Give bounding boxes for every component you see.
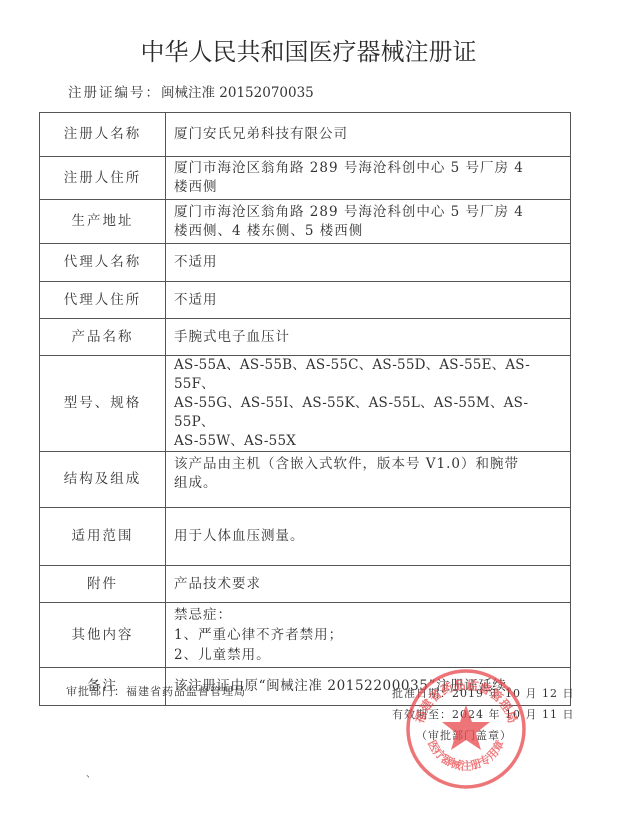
- row-label: 型号、规格: [40, 356, 166, 452]
- table-row-other: 其他内容 禁忌症：1、严重心律不齐者禁用；2、儿童禁用。: [40, 603, 571, 668]
- row-value: 不适用: [166, 244, 571, 282]
- table-row-registrant-address: 注册人住所 厦门市海沧区翁角路 289 号海沧科创中心 5 号厂房 4楼西侧: [40, 157, 571, 200]
- row-label: 代理人名称: [40, 244, 166, 282]
- row-label: 附件: [40, 566, 166, 603]
- row-value: 不适用: [166, 282, 571, 319]
- table-row-models: 型号、规格 AS-55A、AS-55B、AS-55C、AS-55D、AS-55E…: [40, 356, 571, 452]
- row-label: 注册人名称: [40, 113, 166, 157]
- certificate-number-label: 注册证编号：: [68, 85, 161, 101]
- row-value: 禁忌症：1、严重心律不齐者禁用；2、儿童禁用。: [166, 603, 571, 668]
- row-value: 厦门安氏兄弟科技有限公司: [166, 113, 571, 157]
- table-row-production-address: 生产地址 厦门市海沧区翁角路 289 号海沧科创中心 5 号厂房 4楼西侧、4 …: [40, 200, 571, 244]
- certificate-number-value: 闽械注准 20152070035: [161, 85, 314, 101]
- table-row-registrant-name: 注册人名称 厦门安氏兄弟科技有限公司: [40, 113, 571, 157]
- star-icon: [442, 705, 490, 750]
- table-row-agent-address: 代理人住所 不适用: [40, 282, 571, 319]
- row-value: 厦门市海沧区翁角路 289 号海沧科创中心 5 号厂房 4楼西侧: [166, 157, 571, 200]
- row-label: 生产地址: [40, 200, 166, 244]
- table-row-scope: 适用范围 用于人体血压测量。: [40, 508, 571, 566]
- registration-table: 注册人名称 厦门安氏兄弟科技有限公司 注册人住所 厦门市海沧区翁角路 289 号…: [39, 112, 571, 706]
- table-row-product-name: 产品名称 手腕式电子血压计: [40, 319, 571, 356]
- row-label: 其他内容: [40, 603, 166, 668]
- official-seal-icon: 福建省药品监督管理局 医疗器械注册专用章: [404, 667, 528, 791]
- row-label: 产品名称: [40, 319, 166, 356]
- table-row-agent-name: 代理人名称 不适用: [40, 244, 571, 282]
- svg-text:医疗器械注册专用章: 医疗器械注册专用章: [425, 738, 507, 773]
- document-title: 中华人民共和国医疗器械注册证: [0, 32, 617, 67]
- row-label: 适用范围: [40, 508, 166, 566]
- row-value: 用于人体血压测量。: [166, 508, 571, 566]
- table-row-structure: 结构及组成 该产品由主机（含嵌入式软件，版本号 V1.0）和腕带组成。: [40, 452, 571, 508]
- row-label: 注册人住所: [40, 157, 166, 200]
- row-value: 产品技术要求: [166, 566, 571, 603]
- row-value: 厦门市海沧区翁角路 289 号海沧科创中心 5 号厂房 4楼西侧、4 楼东侧、5…: [166, 200, 571, 244]
- row-label: 结构及组成: [40, 452, 166, 508]
- scan-mark: 、: [86, 765, 96, 780]
- table-row-attachments: 附件 产品技术要求: [40, 566, 571, 603]
- certificate-number: 注册证编号：闽械注准 20152070035: [68, 81, 314, 101]
- row-value: 手腕式电子血压计: [166, 319, 571, 356]
- row-label: 代理人住所: [40, 282, 166, 319]
- approval-department: 审批部门：福建省药品监督管理局: [66, 683, 246, 699]
- row-value: 该产品由主机（含嵌入式软件，版本号 V1.0）和腕带组成。: [166, 452, 571, 508]
- row-value: AS-55A、AS-55B、AS-55C、AS-55D、AS-55E、AS-55…: [166, 356, 571, 452]
